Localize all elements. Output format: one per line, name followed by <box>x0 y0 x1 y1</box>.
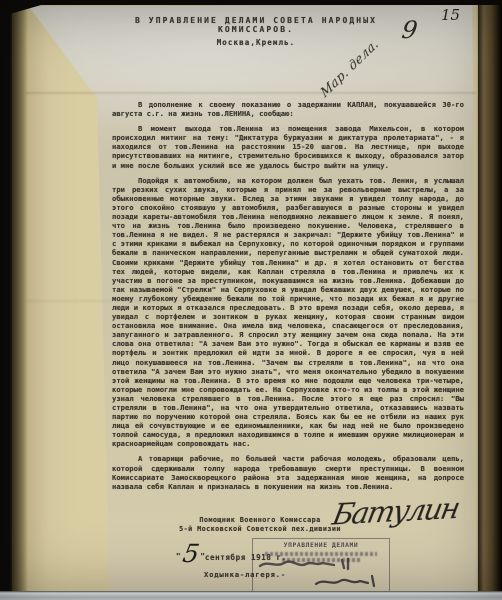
stamp-illegible-line <box>265 552 377 556</box>
paragraph-exit-from-factory: В момент выхода тов.Ленина из помещения … <box>112 124 464 169</box>
handwritten-signature: Батулин <box>330 491 462 532</box>
frame-top-edge <box>0 0 502 5</box>
stamp-illegible-line <box>282 558 361 562</box>
paper-crease <box>26 92 476 95</box>
handwritten-day-number: 5 <box>179 543 203 565</box>
document-heading: В УПРАВЛЕНИЕ ДЕЛАМИ СОВЕТА НАРОДНЫХ КОМИ… <box>100 16 412 34</box>
stamp-title-line: УПРАВЛЕНИЕ ДЕЛАМИ <box>253 542 389 549</box>
paragraph-confession: А товарищи рабочие, по большей части раб… <box>112 454 464 490</box>
viewer-bottom-strip <box>0 591 502 600</box>
paragraph-shots-and-arrest: Подойдя к автомобилю, на котором должен … <box>112 176 464 449</box>
paragraph-intro: В дополнение к своему показанию о задерж… <box>112 100 464 118</box>
book-page-edge <box>476 0 502 600</box>
document-body: В дополнение к своему показанию о задерж… <box>112 100 464 497</box>
handwritten-page-number: 15 <box>441 6 460 24</box>
archival-photo-frame: В УПРАВЛЕНИЕ ДЕЛАМИ СОВЕТА НАРОДНЫХ КОМИ… <box>0 0 502 600</box>
registration-stamp: УПРАВЛЕНИЕ ДЕЛАМИ <box>252 538 390 594</box>
